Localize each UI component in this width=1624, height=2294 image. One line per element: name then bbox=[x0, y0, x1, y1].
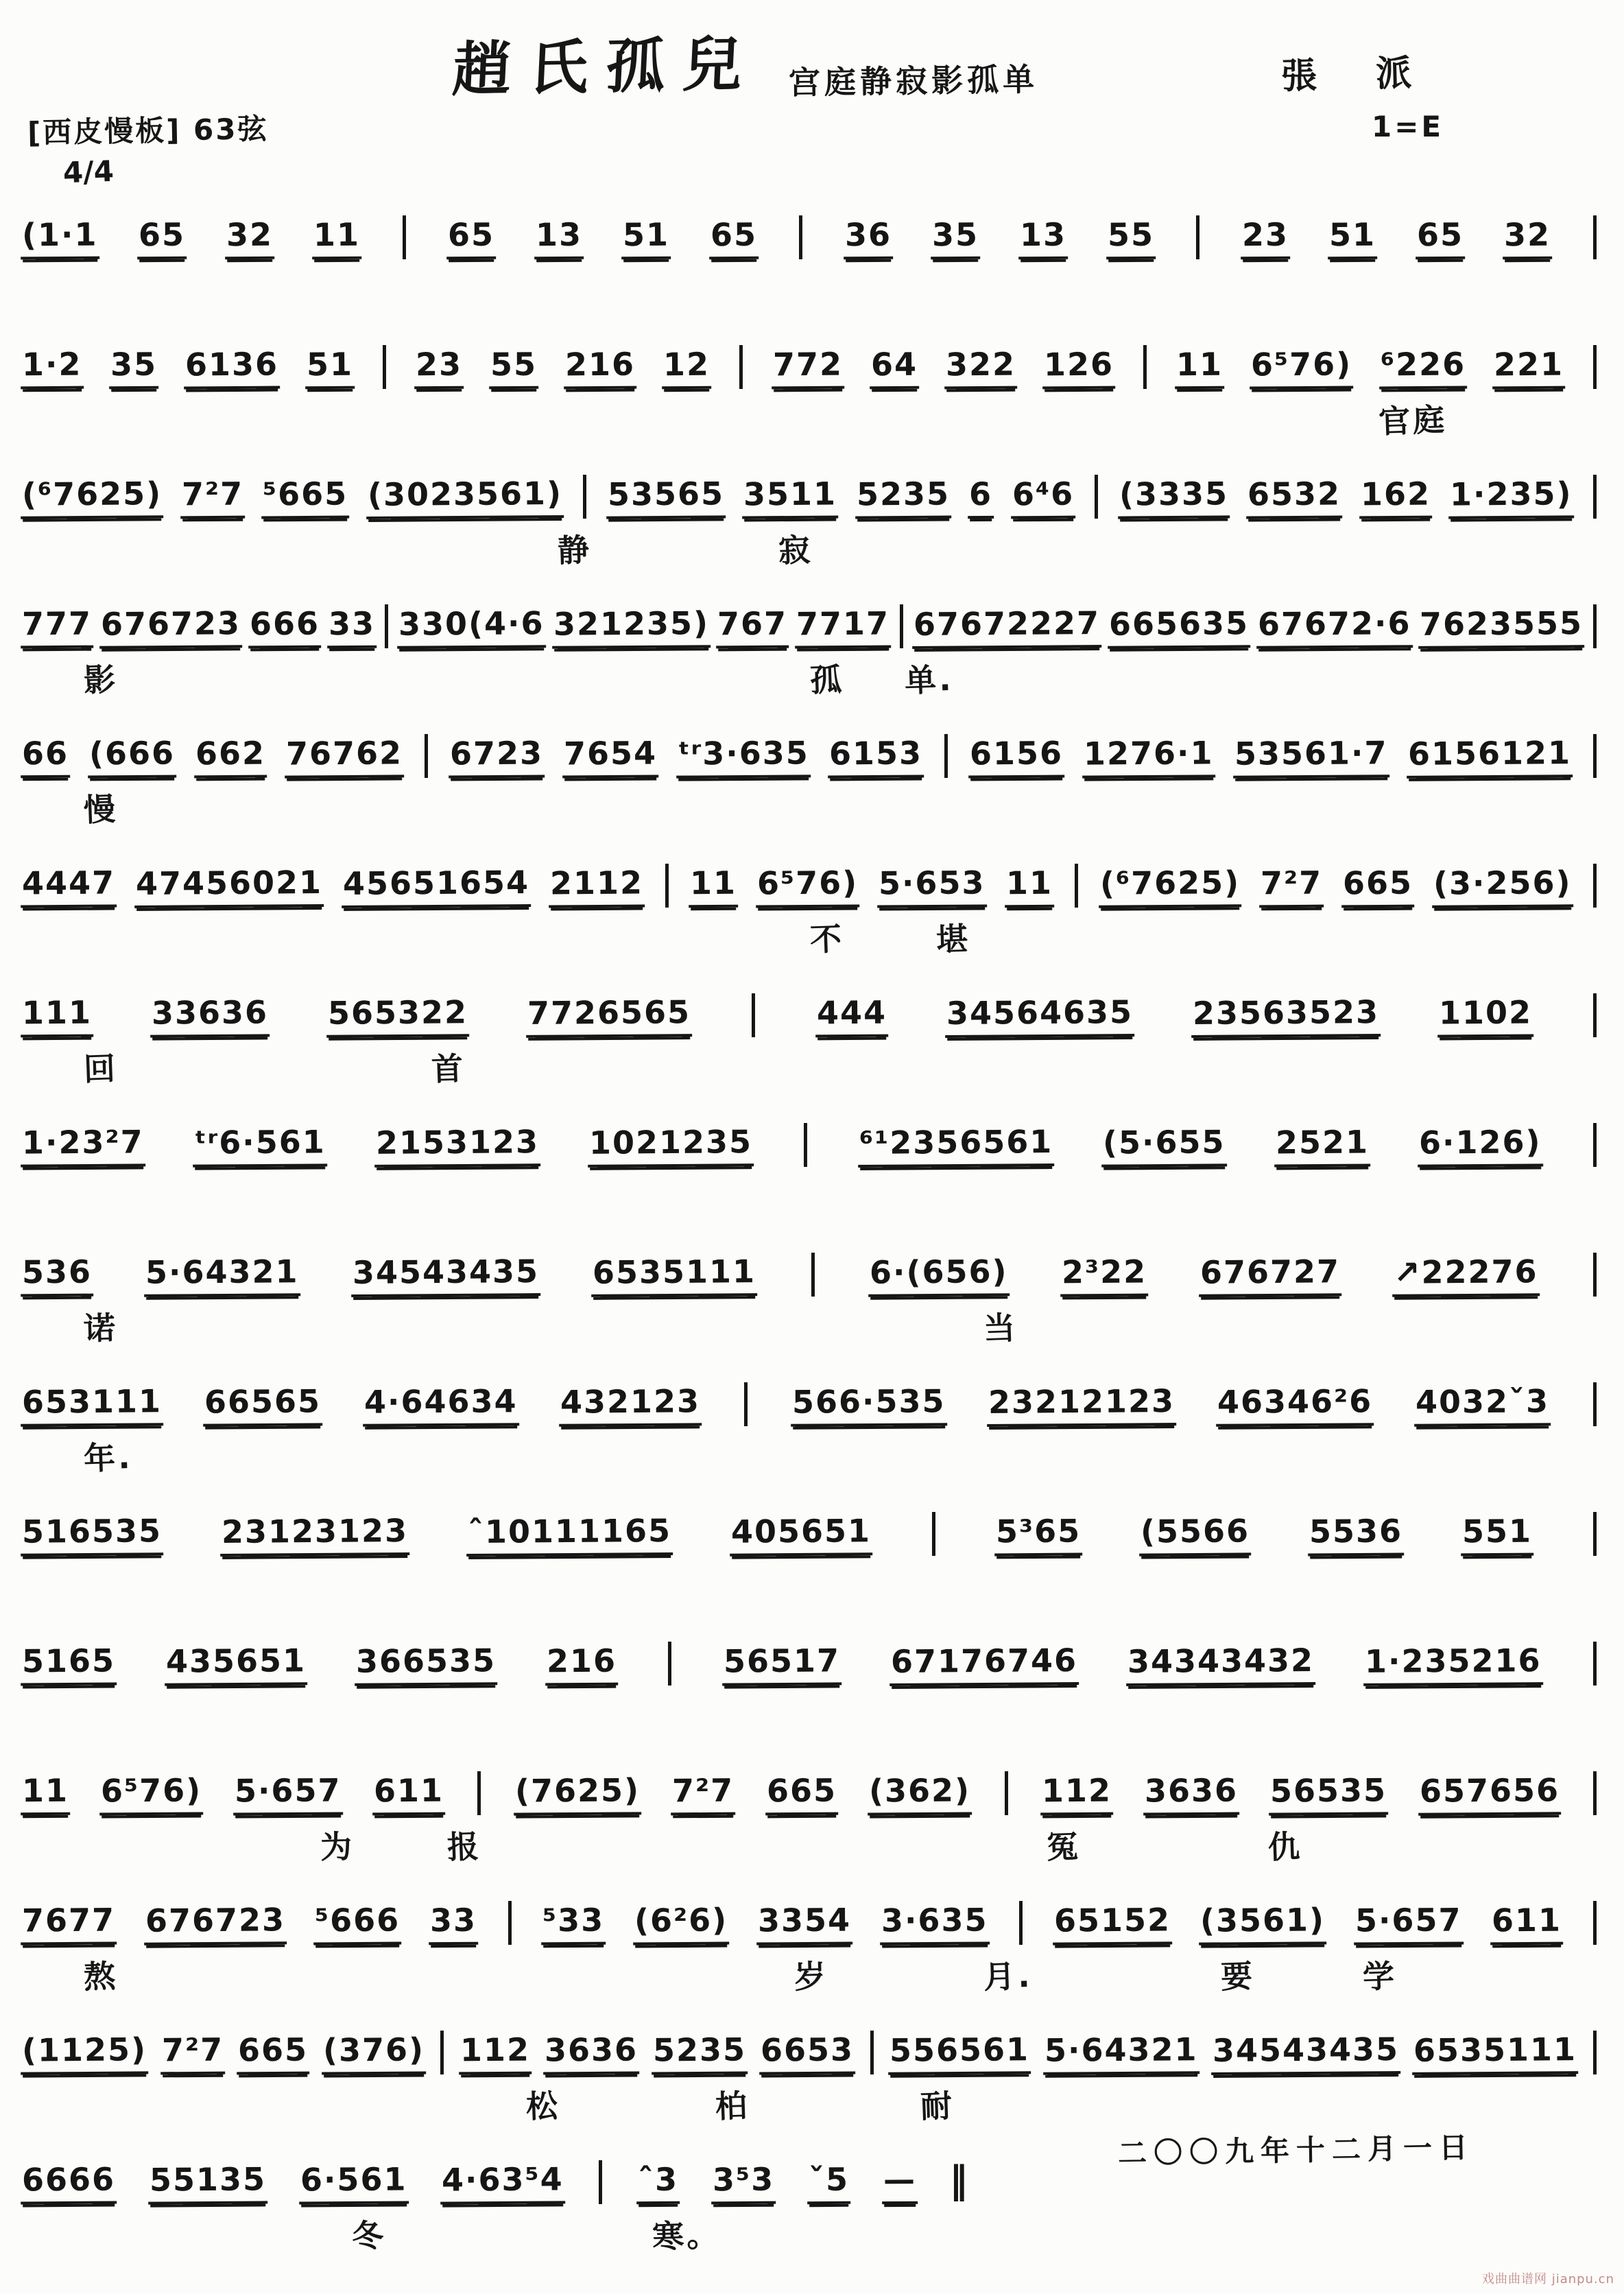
note-group: 6 bbox=[968, 475, 994, 519]
score-line: 66(6666627676267237654ᵗʳ3·63561536156127… bbox=[21, 719, 1599, 849]
note-group: ↗22276 bbox=[1392, 1253, 1540, 1297]
note-group: 5536 bbox=[1308, 1513, 1404, 1557]
note-group: 12 bbox=[662, 346, 711, 390]
note-group: 5·657 bbox=[233, 1771, 343, 1815]
lyrics-row: 官庭 bbox=[21, 396, 1599, 455]
barline bbox=[599, 2160, 602, 2204]
note-group: 565322 bbox=[326, 993, 469, 1037]
notes-row: (1125)7²7665(376)1123636523566535565615·… bbox=[21, 2015, 1599, 2074]
note-group: 6·(656) bbox=[868, 1253, 1010, 1297]
note-group: 6156121 bbox=[1407, 734, 1573, 779]
score-line: 116⁵76)5·657611(7625)7²7665(362)11236365… bbox=[21, 1756, 1599, 1886]
note-group: 65152 bbox=[1052, 1901, 1171, 1945]
notes-row: 6666551356·5614·63⁵4ˆ33⁵3ˇ5—‖ bbox=[21, 2145, 968, 2204]
lyric-syllable: 单. bbox=[904, 654, 955, 701]
lyric-syllable: 要 bbox=[1219, 1951, 1255, 1998]
note-group: 23563523 bbox=[1191, 993, 1381, 1038]
composition-date: 二〇〇九年十二月一日 bbox=[1118, 2125, 1475, 2172]
barline bbox=[385, 604, 388, 648]
note-group: 111 bbox=[21, 994, 93, 1038]
note-group: 2112 bbox=[549, 864, 645, 908]
note-group: 2³22 bbox=[1060, 1253, 1148, 1297]
note-group: (376) bbox=[322, 2031, 427, 2074]
barline bbox=[1593, 475, 1597, 519]
notes-row: 5365·643213454343565351116·(656)2³226767… bbox=[21, 1238, 1599, 1297]
note-group: 3⁵3 bbox=[711, 2161, 776, 2205]
barline bbox=[1075, 864, 1078, 908]
barline bbox=[944, 734, 948, 778]
note-group: 34543435 bbox=[351, 1253, 540, 1297]
barline bbox=[440, 2031, 444, 2074]
notes-row: 77767672366633330(4·6321235)767771767672… bbox=[21, 589, 1599, 648]
note-group: 11 bbox=[689, 864, 738, 908]
piece-title: 趙氏孤兒 bbox=[451, 16, 762, 108]
note-group: 7²7 bbox=[160, 2031, 225, 2075]
note-group: 551 bbox=[1461, 1513, 1533, 1557]
lyric-syllable: 回 bbox=[83, 1043, 119, 1090]
barline bbox=[1593, 1642, 1597, 1686]
note-group: (⁶7625) bbox=[21, 475, 164, 519]
note-group: 7717 bbox=[795, 605, 891, 649]
note-group: 32 bbox=[224, 216, 274, 260]
lyric-syllable: 仇 bbox=[1267, 1821, 1302, 1868]
score-line: 7677676723⁵66633⁵33(6²6)33543·63565152(3… bbox=[21, 1886, 1599, 2015]
note-group: 1102 bbox=[1437, 994, 1533, 1038]
lyric-syllable: 静 bbox=[557, 525, 593, 571]
note-group: 662 bbox=[194, 735, 267, 779]
note-group: 3636 bbox=[1143, 1772, 1239, 1816]
barline bbox=[900, 604, 903, 648]
note-group: ⁶¹2356561 bbox=[857, 1123, 1054, 1168]
lyric-syllable: 冤 bbox=[1046, 1821, 1082, 1868]
note-group: ᵗʳ6·561 bbox=[193, 1123, 327, 1167]
note-group: (362) bbox=[868, 1771, 972, 1815]
note-group: 322 bbox=[944, 346, 1017, 390]
note-group: 33636 bbox=[150, 993, 270, 1037]
note-group: 432123 bbox=[559, 1382, 702, 1426]
note-group: 6666 bbox=[21, 2161, 117, 2205]
note-group: 777 bbox=[21, 605, 93, 649]
score-header: 趙氏孤兒 宫庭静寂影孤单 張 派 1=E [西皮慢板] 63弦 4/4 bbox=[0, 0, 1624, 200]
lyrics-row bbox=[21, 1174, 1599, 1233]
note-group: 56535 bbox=[1269, 1771, 1388, 1815]
barline bbox=[1005, 1771, 1008, 1815]
note-group: (3023561) bbox=[366, 475, 564, 519]
score-line: (⁶7625)7²7⁵665(3023561)535653511523566⁴6… bbox=[21, 460, 1599, 589]
note-group: 32 bbox=[1503, 216, 1552, 260]
lyrics-row: 慢 bbox=[21, 785, 1599, 844]
notes-row: 1113363656532277265654443456463523563523… bbox=[21, 978, 1599, 1037]
note-group: 435651 bbox=[164, 1642, 307, 1686]
note-group: 611 bbox=[1490, 1902, 1563, 1946]
lyric-syllable: 影 bbox=[83, 654, 119, 701]
note-group: ⁵665 bbox=[261, 475, 350, 519]
note-group: 6⁵76) bbox=[1250, 345, 1354, 389]
performance-school: 張 派 bbox=[1280, 43, 1435, 99]
note-group: 35 bbox=[931, 216, 980, 260]
note-group: 7677 bbox=[21, 1902, 117, 1946]
notes-row: 653111665654·64634432123566·535232121234… bbox=[21, 1367, 1599, 1426]
sheet-music-page: 趙氏孤兒 宫庭静寂影孤单 張 派 1=E [西皮慢板] 63弦 4/4 (1·1… bbox=[0, 0, 1624, 2294]
note-group: 767 bbox=[716, 605, 789, 649]
note-group: (6²6) bbox=[633, 1902, 730, 1946]
score-line: (1·1653211651351653635135523516532 bbox=[21, 200, 1599, 330]
barline bbox=[1095, 475, 1098, 519]
lyric-syllable: 岁 bbox=[793, 1951, 829, 1998]
note-group: 216 bbox=[545, 1642, 618, 1686]
note-group: 4032ˇ3 bbox=[1413, 1382, 1550, 1426]
lyric-syllable: 不 bbox=[809, 914, 845, 960]
score-line: 1113363656532277265654443456463523563523… bbox=[21, 978, 1599, 1108]
note-group: 47456021 bbox=[134, 864, 324, 908]
lyrics-row: 影孤单. bbox=[21, 655, 1599, 714]
note-group: 7654 bbox=[562, 735, 658, 779]
barline bbox=[1143, 345, 1147, 389]
barline bbox=[665, 864, 669, 908]
note-group: 221 bbox=[1492, 346, 1565, 390]
note-group: 35 bbox=[108, 346, 158, 390]
note-group: 6⁵76) bbox=[99, 1771, 204, 1815]
notes-row: 1·23²7ᵗʳ6·56121531231021235⁶¹2356561(5·6… bbox=[21, 1108, 1599, 1167]
notes-row: 444747456021456516542112116⁵76)5·65311(⁶… bbox=[21, 849, 1599, 908]
lyric-syllable: 寂 bbox=[778, 525, 813, 571]
barline bbox=[870, 2031, 874, 2074]
note-group: 65 bbox=[709, 216, 759, 260]
notes-row: (1·1653211651351653635135523516532 bbox=[21, 200, 1599, 259]
note-group: 1276·1 bbox=[1082, 734, 1215, 778]
note-group: 126 bbox=[1042, 346, 1115, 390]
note-group: 366535 bbox=[355, 1642, 497, 1686]
lyric-syllable: 为 bbox=[320, 1821, 355, 1868]
note-group: 34564635 bbox=[944, 993, 1134, 1038]
notes-row: (⁶7625)7²7⁵665(3023561)535653511523566⁴6… bbox=[21, 460, 1599, 519]
note-group: 5235 bbox=[652, 2031, 748, 2075]
barline bbox=[1593, 1123, 1597, 1167]
score-line: 1·23561365123552161277264322126116⁵76)⁶2… bbox=[21, 330, 1599, 460]
note-group: 216 bbox=[564, 346, 636, 390]
note-group: 1021235 bbox=[588, 1123, 754, 1168]
note-group: 65 bbox=[137, 216, 187, 260]
note-group: 67672227 bbox=[912, 604, 1101, 649]
note-group: 405651 bbox=[729, 1512, 872, 1556]
lyric-syllable: 诺 bbox=[83, 1303, 119, 1349]
barline bbox=[1196, 215, 1199, 259]
lyrics-row: 为报冤仇 bbox=[21, 1822, 1599, 1881]
lyrics-row bbox=[21, 266, 1599, 325]
note-group: 2153123 bbox=[374, 1123, 540, 1168]
note-group: 55 bbox=[1106, 216, 1155, 260]
note-group: ˆ3 bbox=[636, 2161, 680, 2204]
barline bbox=[799, 215, 802, 259]
note-group: 64 bbox=[869, 346, 918, 390]
note-group: 516535 bbox=[21, 1512, 163, 1556]
barline bbox=[383, 345, 386, 389]
note-group: 5·64321 bbox=[144, 1253, 300, 1297]
note-group: 6723 bbox=[448, 735, 544, 779]
barline bbox=[1593, 864, 1597, 908]
barline bbox=[739, 345, 743, 389]
note-group: 772 bbox=[771, 346, 844, 390]
score-line: 77767672366633330(4·6321235)767771767672… bbox=[21, 589, 1599, 719]
note-group: 665635 bbox=[1108, 604, 1250, 648]
barline bbox=[1019, 1901, 1023, 1945]
note-group: 56517 bbox=[722, 1642, 841, 1686]
note-group: (666 bbox=[88, 735, 176, 779]
note-group: 556561 bbox=[888, 2031, 1031, 2074]
note-group: 33 bbox=[326, 605, 376, 649]
barline bbox=[804, 1123, 807, 1167]
barline bbox=[508, 1901, 512, 1945]
note-group: 65 bbox=[1416, 216, 1465, 260]
note-group: 13 bbox=[534, 216, 584, 260]
note-group: (7625) bbox=[514, 1771, 642, 1815]
site-watermark: 戏曲曲谱网 jianpu.cn bbox=[1482, 2269, 1614, 2287]
note-group: 6⁵76) bbox=[756, 864, 860, 908]
note-group: 653111 bbox=[21, 1382, 163, 1426]
note-group: ⁵33 bbox=[541, 1902, 606, 1946]
note-group: 321235) bbox=[551, 604, 710, 649]
barline bbox=[752, 993, 755, 1037]
note-group: 46346²6 bbox=[1216, 1382, 1374, 1427]
banshi-mode-label: [西皮慢板] 63弦 bbox=[27, 106, 269, 152]
note-group: 11 bbox=[1175, 346, 1224, 390]
barline bbox=[1593, 1382, 1597, 1426]
lyrics-row: 静寂 bbox=[21, 525, 1599, 584]
lyric-syllable: 熬 bbox=[83, 1951, 119, 1998]
lyrics-row bbox=[21, 1563, 1599, 1622]
note-group: 6·561 bbox=[299, 2160, 409, 2204]
note-group: 6535111 bbox=[1412, 2031, 1578, 2075]
note-group: 51 bbox=[1328, 216, 1377, 260]
score-line: (1125)7²7665(376)1123636523566535565615·… bbox=[21, 2015, 1599, 2145]
note-group: 1·2 bbox=[21, 346, 84, 390]
lyric-syllable: 松 bbox=[525, 2081, 560, 2127]
barline bbox=[1593, 1253, 1597, 1297]
note-group: 11 bbox=[21, 1772, 70, 1816]
note-group: 7²7 bbox=[671, 1772, 736, 1816]
lyric-syllable: 学 bbox=[1362, 1951, 1398, 1998]
score-line: 5365·643213454343565351116·(656)2³226767… bbox=[21, 1238, 1599, 1367]
note-group: 11 bbox=[1005, 864, 1054, 908]
note-group: 55 bbox=[489, 346, 538, 390]
note-group: 66 bbox=[21, 735, 70, 779]
note-group: (5566 bbox=[1139, 1512, 1251, 1556]
barline bbox=[477, 1771, 481, 1815]
note-group: 53565 bbox=[606, 475, 726, 519]
note-group: 3·635 bbox=[880, 1901, 990, 1945]
notes-row: 66(6666627676267237654ᵗʳ3·63561536156127… bbox=[21, 719, 1599, 778]
note-group: 5·64321 bbox=[1043, 2031, 1199, 2075]
note-group: (3335 bbox=[1117, 475, 1229, 519]
note-group: (3·256) bbox=[1431, 864, 1573, 908]
note-group: 76762 bbox=[285, 734, 404, 778]
final-barline: ‖ bbox=[949, 2158, 968, 2204]
note-group: ˇ5 bbox=[807, 2161, 850, 2204]
note-group: 6535111 bbox=[591, 1253, 757, 1297]
note-group: 33 bbox=[429, 1902, 478, 1946]
note-group: 5235 bbox=[855, 475, 951, 519]
barline bbox=[1593, 604, 1597, 648]
note-group: 444 bbox=[815, 994, 887, 1038]
note-group: 5³65 bbox=[994, 1513, 1083, 1557]
note-group: 536 bbox=[21, 1253, 93, 1297]
note-group: 36 bbox=[844, 216, 893, 260]
note-group: 45651654 bbox=[342, 864, 531, 908]
note-group: 666 bbox=[248, 605, 320, 649]
note-group: 665 bbox=[765, 1772, 838, 1816]
note-group: 66565 bbox=[203, 1382, 322, 1426]
score-line: 51653523123123ˆ101111654056515³65(556655… bbox=[21, 1497, 1599, 1627]
note-group: 5165 bbox=[21, 1642, 117, 1686]
note-group: 676727 bbox=[1199, 1253, 1341, 1297]
note-group: 1·23²7 bbox=[21, 1123, 145, 1167]
score-line: 5165435651366535216565176717674634343432… bbox=[21, 1627, 1599, 1756]
lyric-syllable: 年. bbox=[83, 1432, 134, 1479]
note-group: 162 bbox=[1359, 475, 1431, 519]
note-group: 67672·6 bbox=[1256, 604, 1412, 649]
note-group: 676723 bbox=[99, 604, 242, 648]
note-group: 611 bbox=[372, 1772, 445, 1816]
note-group: 676723 bbox=[143, 1901, 286, 1945]
note-group: 2521 bbox=[1274, 1124, 1370, 1168]
score-lines: (1·16532116513516536351355235165321·2356… bbox=[0, 200, 1624, 2275]
lyric-syllable: 冬 bbox=[351, 2210, 387, 2257]
note-group: 3636 bbox=[543, 2031, 639, 2075]
lyric-syllable: 当 bbox=[983, 1303, 1018, 1349]
barline bbox=[811, 1253, 815, 1297]
note-group: ⁵666 bbox=[313, 1902, 402, 1946]
note-group: 13 bbox=[1018, 216, 1068, 260]
note-group: 65 bbox=[446, 216, 496, 260]
note-group: 11 bbox=[312, 216, 361, 260]
lyric-syllable: 孤 bbox=[809, 654, 845, 701]
barline bbox=[583, 475, 586, 519]
note-group: 112 bbox=[459, 2031, 532, 2075]
note-group: 5·653 bbox=[877, 864, 987, 908]
barline bbox=[1593, 2031, 1597, 2074]
note-group: 6532 bbox=[1246, 475, 1342, 519]
note-group: 5·657 bbox=[1354, 1901, 1464, 1945]
score-line: 653111665654·64634432123566·535232121234… bbox=[21, 1367, 1599, 1497]
notes-row: 1·23561365123552161277264322126116⁵76)⁶2… bbox=[21, 330, 1599, 389]
note-group: 7²7 bbox=[1258, 864, 1324, 908]
note-group: 7623555 bbox=[1418, 604, 1584, 649]
note-group: 6·126) bbox=[1418, 1123, 1543, 1167]
note-group: 330(4·6 bbox=[397, 604, 546, 649]
note-group: 23212123 bbox=[986, 1382, 1175, 1427]
note-group: (1·1 bbox=[21, 216, 99, 260]
note-group: ˆ10111165 bbox=[466, 1512, 673, 1557]
lyrics-row: 回首 bbox=[21, 1044, 1599, 1103]
barline bbox=[668, 1642, 671, 1686]
lyric-syllable: 堪 bbox=[935, 914, 971, 960]
notes-row: 51653523123123ˆ101111654056515³65(556655… bbox=[21, 1497, 1599, 1556]
note-group: 6136 bbox=[183, 346, 279, 390]
lyric-syllable: 月. bbox=[983, 1951, 1034, 1998]
lyrics-row: 不堪 bbox=[21, 914, 1599, 973]
note-group: 51 bbox=[305, 346, 355, 390]
barline bbox=[1593, 993, 1597, 1037]
barline bbox=[1593, 1512, 1597, 1556]
note-group: 1·235) bbox=[1448, 475, 1574, 519]
lyrics-row bbox=[21, 1692, 1599, 1751]
note-group: 23 bbox=[414, 346, 464, 390]
note-group: (⁶7625) bbox=[1098, 864, 1241, 908]
note-group: ⁶226 bbox=[1378, 346, 1467, 390]
note-group: 657656 bbox=[1418, 1771, 1560, 1815]
note-group: 34343432 bbox=[1126, 1642, 1315, 1686]
lyric-syllable: 寒。 bbox=[652, 2210, 721, 2257]
time-signature: 4/4 bbox=[62, 154, 114, 190]
note-group: 566·535 bbox=[790, 1382, 946, 1427]
lyrics-row: 熬岁月.要学 bbox=[21, 1952, 1599, 2011]
note-group: 7726565 bbox=[526, 993, 692, 1038]
key-signature: 1=E bbox=[1372, 110, 1444, 143]
note-group: 23123123 bbox=[220, 1512, 409, 1557]
barline bbox=[1593, 1771, 1597, 1815]
barline bbox=[403, 215, 406, 259]
note-group: 4·64634 bbox=[363, 1382, 519, 1427]
lyric-syllable: 耐 bbox=[920, 2081, 955, 2127]
barline bbox=[932, 1512, 935, 1556]
barline bbox=[1593, 345, 1597, 389]
note-group: 112 bbox=[1040, 1772, 1113, 1816]
notes-row: 116⁵76)5·657611(7625)7²7665(362)11236365… bbox=[21, 1756, 1599, 1815]
notes-row: 7677676723⁵66633⁵33(6²6)33543·63565152(3… bbox=[21, 1886, 1599, 1945]
note-group: (3561) bbox=[1199, 1901, 1327, 1945]
piece-subtitle: 宫庭静寂影孤单 bbox=[789, 54, 1039, 103]
lyric-syllable: 报 bbox=[446, 1821, 481, 1868]
note-group: 67176746 bbox=[889, 1642, 1078, 1686]
barline bbox=[1593, 1901, 1597, 1945]
notes-row: 5165435651366535216565176717674634343432… bbox=[21, 1627, 1599, 1686]
lyrics-row: 诺当 bbox=[21, 1303, 1599, 1362]
lyric-syllable: 慢 bbox=[83, 784, 119, 831]
note-group: 7²7 bbox=[180, 475, 245, 519]
note-group: 665 bbox=[237, 2031, 309, 2075]
lyrics-row: 冬寒。 bbox=[21, 2211, 1599, 2270]
note-group: (5·655 bbox=[1101, 1123, 1227, 1167]
barline bbox=[744, 1382, 748, 1426]
note-group: ᵗʳ3·635 bbox=[676, 734, 810, 778]
note-group: 23 bbox=[1240, 216, 1289, 260]
note-group: 34543435 bbox=[1211, 2031, 1400, 2075]
score-line: 444747456021456516542112116⁵76)5·65311(⁶… bbox=[21, 849, 1599, 978]
lyric-syllable: 官庭 bbox=[1378, 394, 1448, 442]
note-group: 3354 bbox=[756, 1902, 852, 1946]
note-group: 55135 bbox=[148, 2160, 267, 2204]
note-group: 6153 bbox=[828, 735, 924, 779]
note-group: 3511 bbox=[742, 475, 838, 519]
note-group: 665 bbox=[1341, 864, 1413, 908]
note-group: 6653 bbox=[759, 2031, 855, 2075]
note-group: 6⁴6 bbox=[1010, 475, 1075, 519]
barline bbox=[1593, 734, 1597, 778]
note-group: 51 bbox=[621, 216, 671, 260]
note-group: 53561·7 bbox=[1232, 734, 1389, 779]
barline bbox=[1593, 215, 1597, 259]
note-group: (1125) bbox=[21, 2031, 149, 2074]
lyric-syllable: 首 bbox=[430, 1043, 466, 1090]
note-group: — bbox=[882, 2161, 918, 2204]
note-group: 1·235216 bbox=[1363, 1642, 1543, 1686]
barline bbox=[425, 734, 428, 778]
note-group: 6156 bbox=[968, 735, 1064, 779]
score-line: 1·23²7ᵗʳ6·56121531231021235⁶¹2356561(5·6… bbox=[21, 1108, 1599, 1238]
note-group: 4·63⁵4 bbox=[440, 2160, 564, 2204]
note-group: 4447 bbox=[21, 864, 117, 908]
lyrics-row: 年. bbox=[21, 1433, 1599, 1492]
